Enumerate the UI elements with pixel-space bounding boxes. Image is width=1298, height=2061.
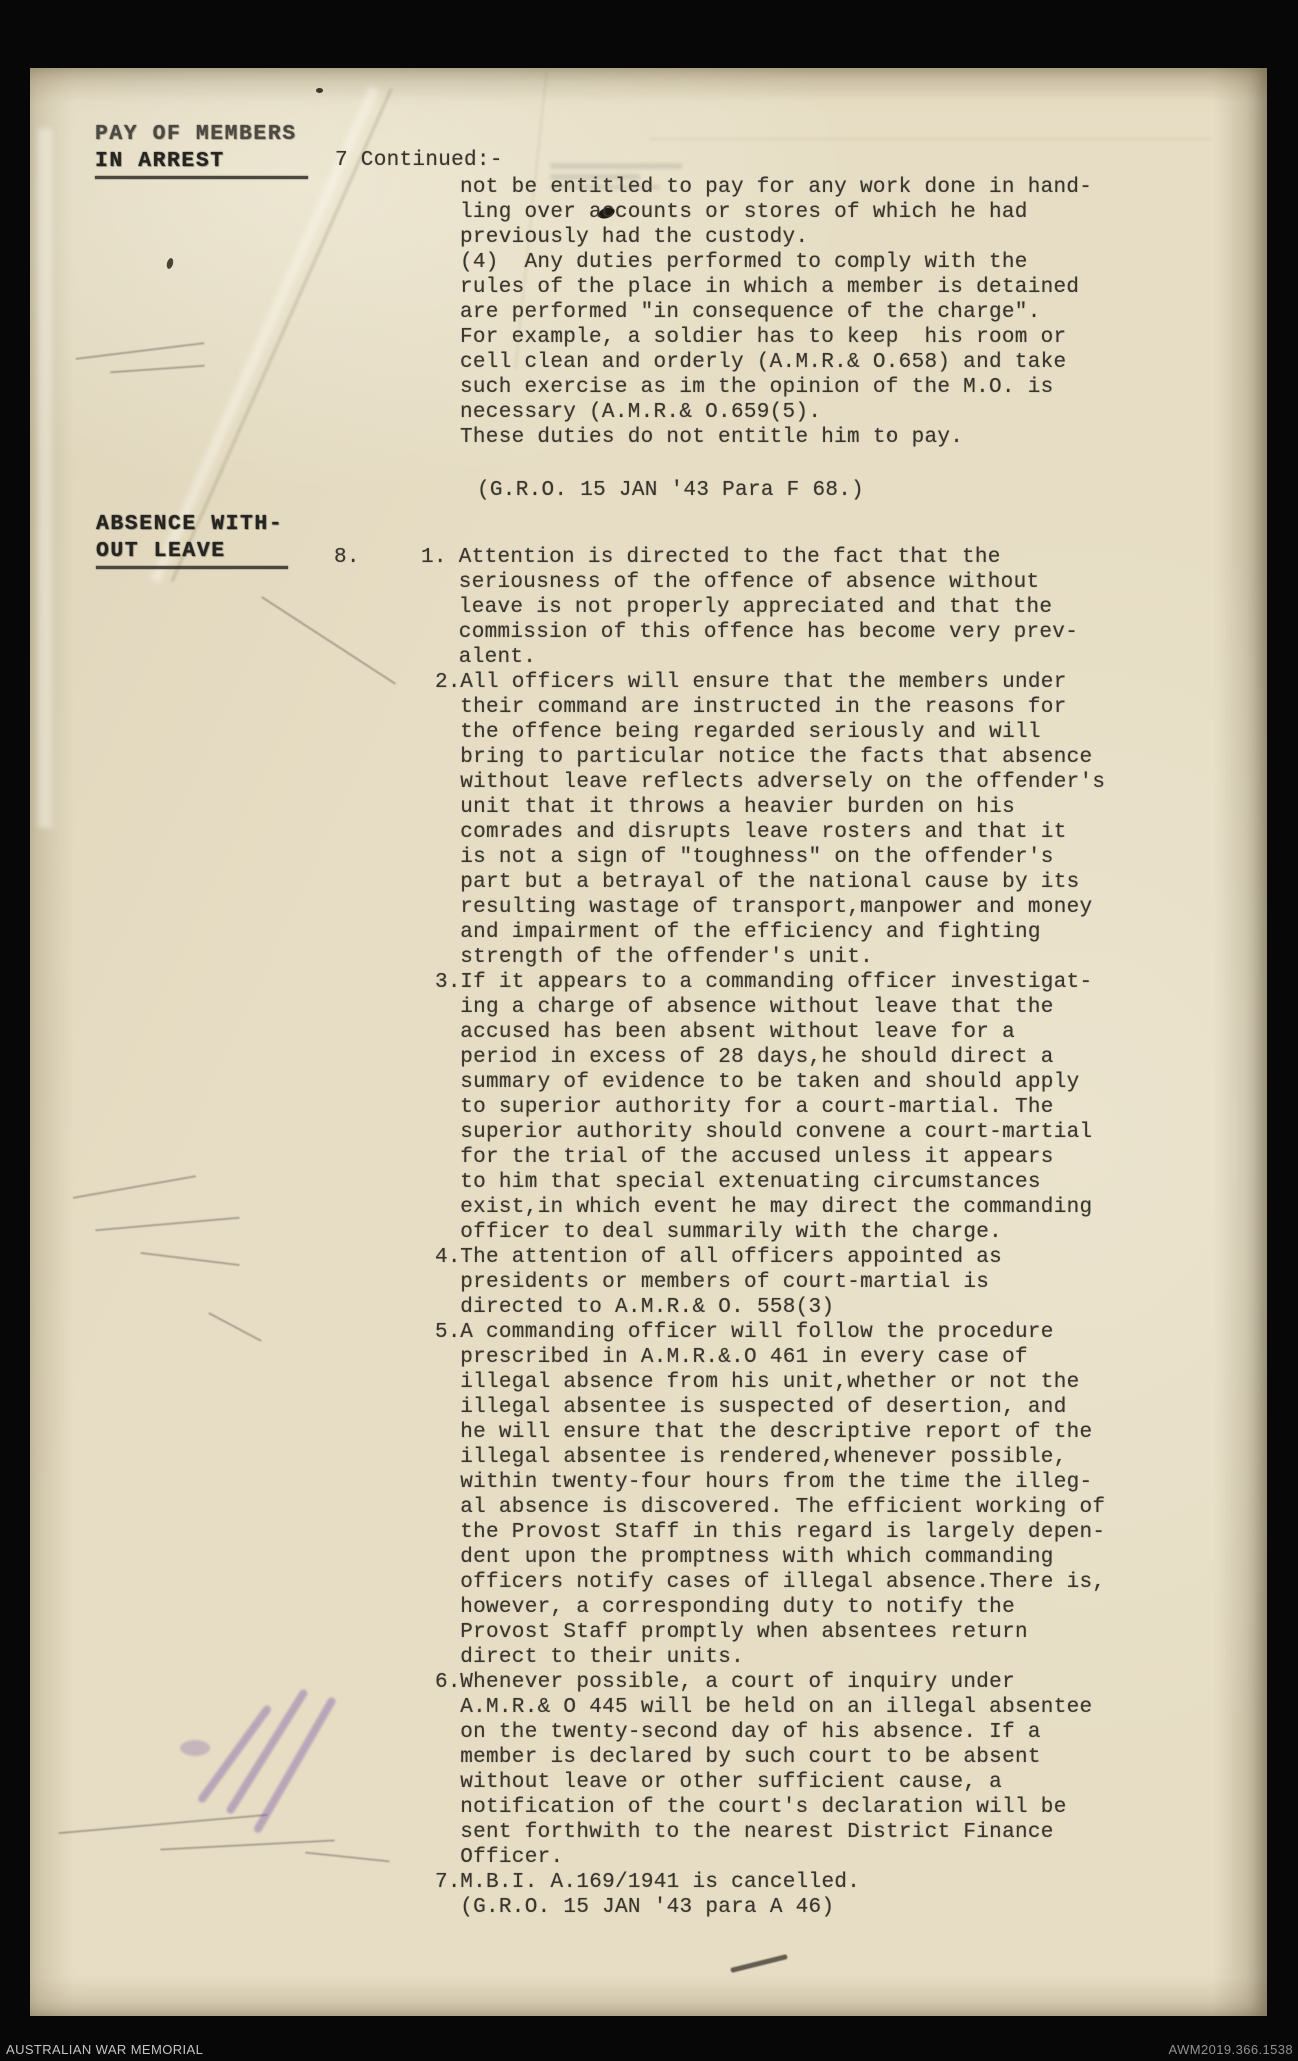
item-number: 3. xyxy=(435,970,461,995)
pencil-mark xyxy=(208,1312,262,1342)
item-text: Attention is directed to the fact that t… xyxy=(459,545,1078,670)
purple-scribble xyxy=(180,1740,210,1756)
margin-heading-line: PAY OF MEMBERS xyxy=(95,121,308,148)
item-number: 2. xyxy=(435,670,461,695)
pencil-mark xyxy=(95,1217,240,1232)
margin-heading-line: ABSENCE WITH- xyxy=(96,511,288,538)
pencil-smudge xyxy=(730,1954,787,1973)
item-text: If it appears to a commanding officer in… xyxy=(460,970,1092,1245)
paragraph-8-number: 8. xyxy=(334,545,360,570)
item-text: The attention of all officers appointed … xyxy=(460,1245,1002,1320)
ink-spot xyxy=(316,88,323,93)
paragraph-8-item-1: 1. Attention is directed to the fact tha… xyxy=(421,545,1078,670)
pencil-mark xyxy=(73,1175,196,1199)
pencil-mark xyxy=(75,342,204,360)
paper-sheen xyxy=(38,128,52,828)
archive-name-label: AUSTRALIAN WAR MEMORIAL xyxy=(6,2042,203,2058)
heading-underline xyxy=(95,176,308,179)
ink-spot xyxy=(166,257,175,269)
paragraph-8-item-5: 5. A commanding officer will follow the … xyxy=(435,1320,1105,1670)
paragraph-8-item-4: 4. The attention of all officers appoint… xyxy=(435,1245,1002,1320)
pencil-mark xyxy=(261,596,396,685)
item-number: 4. xyxy=(435,1245,461,1270)
pencil-mark xyxy=(160,1839,335,1850)
item-number: 7. xyxy=(435,1870,461,1895)
crease-mark xyxy=(650,138,1210,140)
pencil-mark xyxy=(140,1252,239,1266)
pencil-mark xyxy=(305,1852,390,1863)
heading-underline xyxy=(96,566,288,569)
item-number: 6. xyxy=(435,1670,461,1695)
item-text: M.B.I. A.169/1941 is cancelled. (G.R.O. … xyxy=(460,1870,860,1920)
item-number: 1. xyxy=(421,545,447,570)
item-text: A commanding officer will follow the pro… xyxy=(460,1320,1105,1670)
paragraph-8-item-7: 7. M.B.I. A.169/1941 is cancelled. (G.R.… xyxy=(435,1870,860,1920)
item-number: 5. xyxy=(435,1320,461,1345)
paragraph-8-item-6: 6. Whenever possible, a court of inquiry… xyxy=(435,1670,1092,1870)
item-text: All officers will ensure that the member… xyxy=(460,670,1105,970)
scanned-document-view: PAY OF MEMBERS IN ARREST 7 Continued:- n… xyxy=(0,0,1298,2061)
item-text: Whenever possible, a court of inquiry un… xyxy=(460,1670,1092,1870)
margin-heading-pay-of-members-in-arrest: PAY OF MEMBERS IN ARREST xyxy=(95,121,308,179)
paragraph-7-body: not be entitled to pay for any work done… xyxy=(460,175,1092,450)
archive-item-id: AWM2019.366.1538 xyxy=(1169,2042,1293,2058)
margin-heading-absence-without-leave: ABSENCE WITH- OUT LEAVE xyxy=(96,511,288,569)
margin-heading-line: IN ARREST xyxy=(95,148,308,175)
pencil-mark xyxy=(110,365,205,374)
pencil-mark xyxy=(58,1814,267,1834)
paragraph-7-label: 7 Continued:- xyxy=(335,148,503,173)
paragraph-8-item-2: 2. All officers will ensure that the mem… xyxy=(435,670,1105,970)
paragraph-7-citation: (G.R.O. 15 JAN '43 Para F 68.) xyxy=(477,478,864,503)
paragraph-8-item-3: 3. If it appears to a commanding officer… xyxy=(435,970,1092,1245)
margin-heading-line: OUT LEAVE xyxy=(96,538,288,565)
document-page: PAY OF MEMBERS IN ARREST 7 Continued:- n… xyxy=(30,68,1267,2016)
